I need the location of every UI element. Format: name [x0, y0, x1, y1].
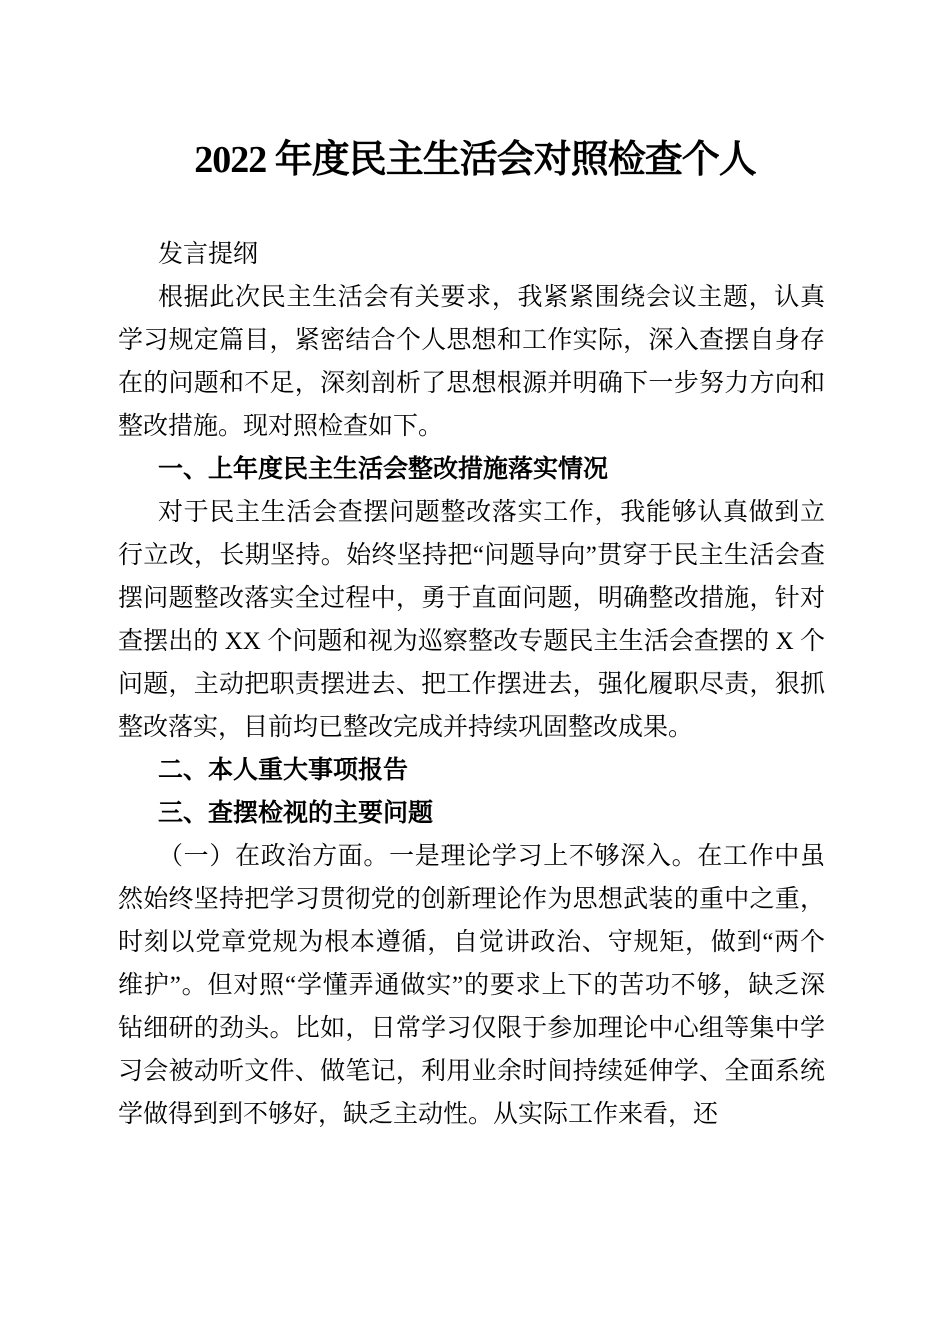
body-paragraph-intro: 根据此次民主生活会有关要求，我紧紧围绕会议主题，认真学习规定篇目，紧密结合个人思…	[118, 276, 825, 448]
document-body: 发言提纲 根据此次民主生活会有关要求，我紧紧围绕会议主题，认真学习规定篇目，紧密…	[0, 233, 950, 1136]
body-paragraph-section1: 对于民主生活会查摆问题整改落实工作，我能够认真做到立行立改，长期坚持。始终坚持把…	[118, 491, 825, 749]
section-heading-2: 二、本人重大事项报告	[118, 749, 825, 792]
document-page: 2022 年度民主生活会对照检查个人 发言提纲 根据此次民主生活会有关要求，我紧…	[0, 0, 950, 1344]
body-paragraph-section3: （一）在政治方面。一是理论学习上不够深入。在工作中虽然始终坚持把学习贯彻党的创新…	[118, 835, 825, 1136]
document-title: 2022 年度民主生活会对照检查个人	[0, 0, 950, 184]
section-heading-1: 一、上年度民主生活会整改措施落实情况	[118, 448, 825, 491]
section-heading-3: 三、查摆检视的主要问题	[118, 792, 825, 835]
body-paragraph-outline: 发言提纲	[118, 233, 825, 276]
